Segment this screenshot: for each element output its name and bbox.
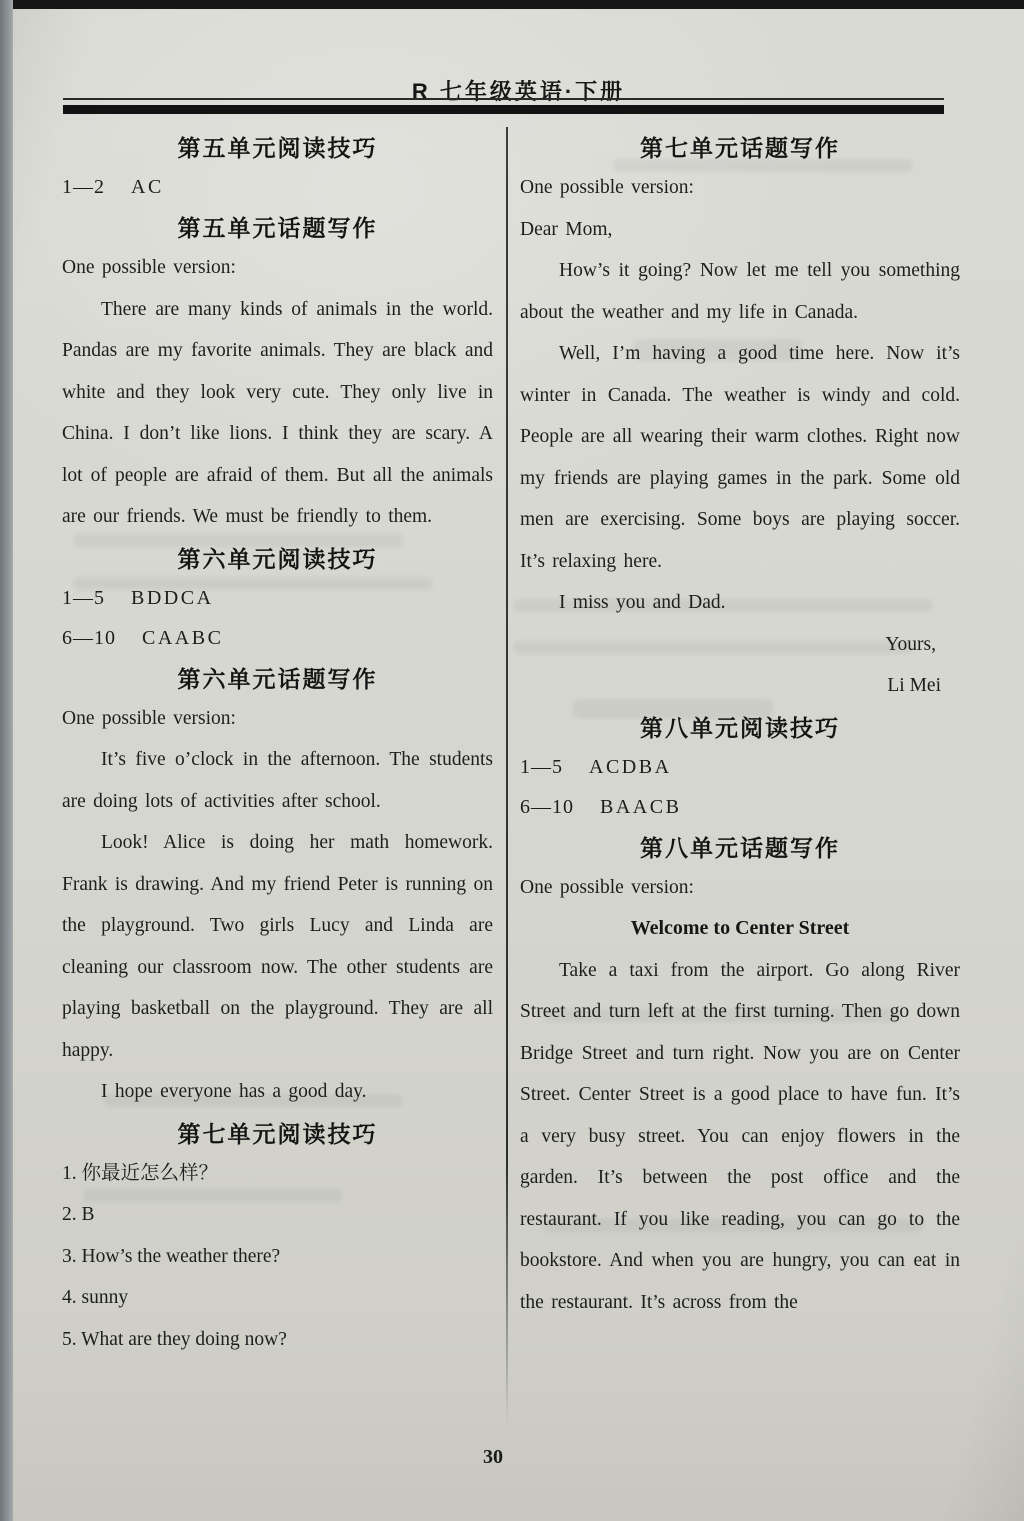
numbered-answer-item: 4. sunny <box>62 1277 493 1319</box>
one-possible-version-label: One possible version: <box>520 867 960 909</box>
answer-letters: ACDBA <box>589 756 672 778</box>
section-heading-unit7-reading: 第七单元阅读技巧 <box>62 1119 493 1149</box>
letter-salutation: Dear Mom, <box>520 209 960 251</box>
answer-range: 6—10 <box>520 796 574 818</box>
numbered-answer-item: 2. B <box>62 1194 493 1236</box>
answer-letters: AC <box>131 176 164 198</box>
essay-paragraph: It’s five o’clock in the afternoon. The … <box>62 739 493 822</box>
section-heading-unit5-reading: 第五单元阅读技巧 <box>62 133 493 163</box>
letter-closing: Yours, <box>520 624 960 666</box>
answer-letters: CAABC <box>142 627 223 649</box>
right-column: 第七单元话题写作 One possible version: Dear Mom,… <box>520 127 960 1323</box>
essay-paragraph: Well, I’m having a good time here. Now i… <box>520 333 960 582</box>
answer-key-line: 1—5BDDCA <box>62 578 493 618</box>
section-heading-unit8-writing: 第八单元话题写作 <box>520 833 960 863</box>
essay-paragraph: Look! Alice is doing her math homework. … <box>62 822 493 1071</box>
left-column: 第五单元阅读技巧 1—2AC 第五单元话题写作 One possible ver… <box>62 127 493 1360</box>
essay-title: Welcome to Center Street <box>520 908 960 950</box>
essay-paragraph: I miss you and Dad. <box>520 582 960 624</box>
section-heading-unit8-reading: 第八单元阅读技巧 <box>520 713 960 743</box>
numbered-answer-item: 5. What are they doing now? <box>62 1319 493 1361</box>
page-number: 30 <box>13 1446 973 1469</box>
numbered-answer-item: 3. How’s the weather there? <box>62 1236 493 1278</box>
section-heading-unit6-writing: 第六单元话题写作 <box>62 664 493 694</box>
answer-key-line: 1—2AC <box>62 167 493 207</box>
essay-paragraph: How’s it going? Now let me tell you some… <box>520 250 960 333</box>
answer-key-line: 1—5ACDBA <box>520 747 960 787</box>
section-heading-unit7-writing: 第七单元话题写作 <box>520 133 960 163</box>
column-divider <box>506 127 508 1424</box>
answer-key-line: 6—10BAACB <box>520 787 960 827</box>
numbered-answer-item: 1. 你最近怎么样？ <box>62 1153 493 1195</box>
section-heading-unit5-writing: 第五单元话题写作 <box>62 213 493 243</box>
scanned-page: R 七年级英语·下册 第五单元阅读技巧 1—2AC 第五单元话题写作 One p… <box>13 9 1024 1521</box>
letter-signature: Li Mei <box>520 665 960 707</box>
header-rule-thick <box>63 105 944 114</box>
one-possible-version-label: One possible version: <box>520 167 960 209</box>
answer-range: 1—5 <box>520 756 563 778</box>
answer-range: 1—5 <box>62 587 105 609</box>
scan-edge <box>0 0 13 1521</box>
answer-letters: BDDCA <box>131 587 214 609</box>
header-rule-thin <box>63 98 944 100</box>
one-possible-version-label: One possible version: <box>62 698 493 740</box>
essay-paragraph: I hope everyone has a good day. <box>62 1071 493 1113</box>
answer-key-line: 6—10CAABC <box>62 618 493 658</box>
page-header-title: R 七年级英语·下册 <box>13 75 1024 106</box>
answer-range: 1—2 <box>62 176 105 198</box>
one-possible-version-label: One possible version: <box>62 247 493 289</box>
essay-paragraph: Take a taxi from the airport. Go along R… <box>520 950 960 1324</box>
section-heading-unit6-reading: 第六单元阅读技巧 <box>62 544 493 574</box>
essay-paragraph: There are many kinds of animals in the w… <box>62 289 493 538</box>
answer-range: 6—10 <box>62 627 116 649</box>
answer-letters: BAACB <box>600 796 681 818</box>
